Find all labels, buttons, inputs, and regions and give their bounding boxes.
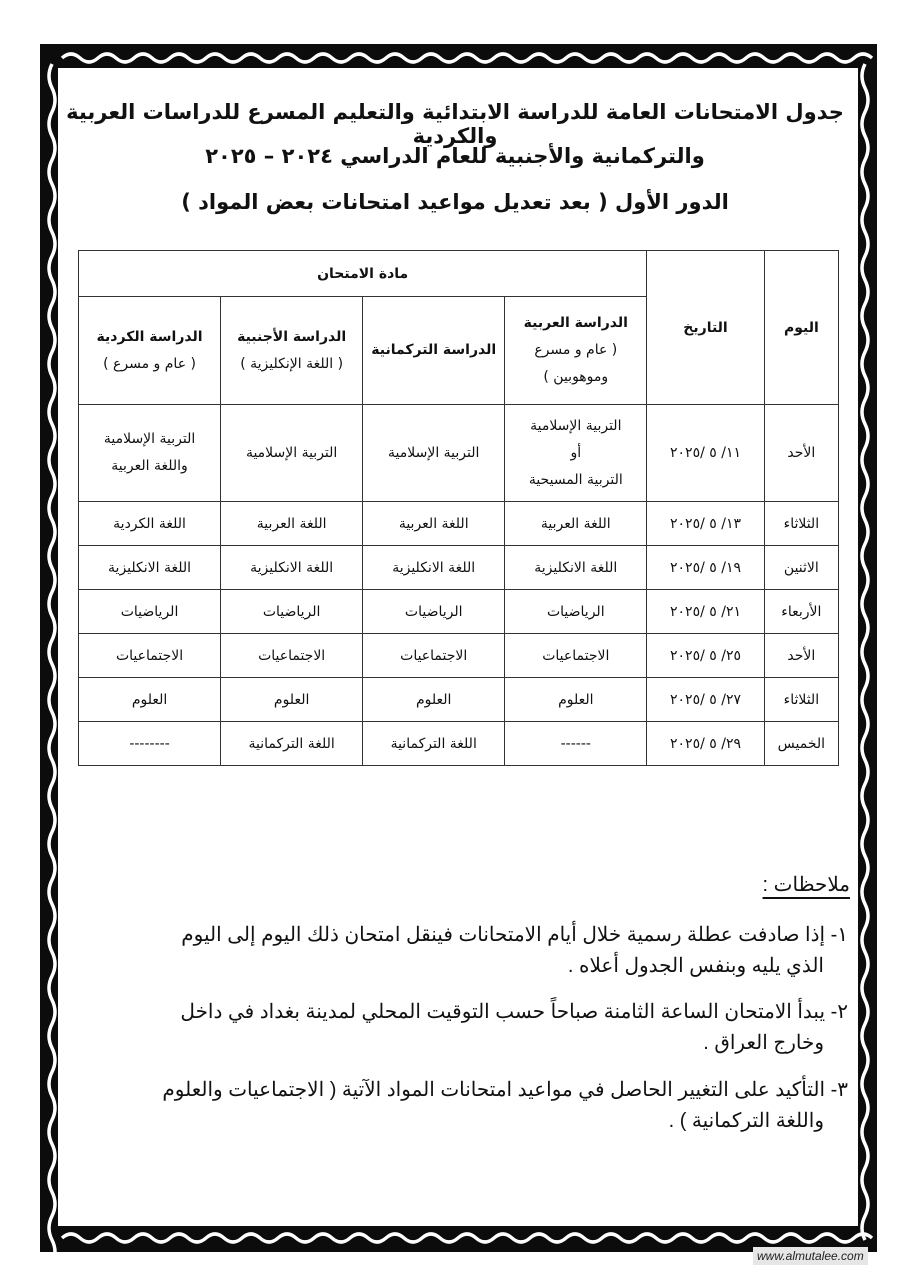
title-line-3: الدور الأول ( بعد تعديل مواعيد امتحانات … — [60, 190, 850, 214]
cell-turkmen: الاجتماعيات — [363, 634, 505, 678]
header-turkmen: الدراسة التركمانية — [363, 297, 505, 405]
cell-turkmen: اللغة العربية — [363, 502, 505, 546]
cell-foreign: الرياضيات — [221, 590, 363, 634]
cell-day: الاثنين — [764, 546, 838, 590]
cell-turkmen: اللغة التركمانية — [363, 722, 505, 766]
cell-day: الأحد — [764, 405, 838, 502]
cell-kurdish: الاجتماعيات — [79, 634, 221, 678]
exam-schedule-table: اليوم التاريخ مادة الامتحان الدراسة العر… — [78, 250, 839, 766]
note-line: ٣- التأكيد على التغيير الحاصل في مواعيد … — [162, 1079, 848, 1101]
cell-foreign: اللغة التركمانية — [221, 722, 363, 766]
cell-date: ٢٩/ ٥ /٢٠٢٥ — [647, 722, 764, 766]
note-line: واللغة التركمانية ) . — [148, 1106, 848, 1137]
cell-arabic: التربية الإسلامية أو التربية المسيحية — [505, 405, 647, 502]
note-item-3: ٣- التأكيد على التغيير الحاصل في مواعيد … — [148, 1075, 848, 1137]
note-line: وخارج العراق . — [158, 1028, 848, 1059]
cell-foreign: اللغة العربية — [221, 502, 363, 546]
title-line-1: جدول الامتحانات العامة للدراسة الابتدائي… — [60, 100, 850, 148]
cell-date: ١٣/ ٥ /٢٠٢٥ — [647, 502, 764, 546]
header-foreign: الدراسة الأجنبية ( اللغة الإنكليزية ) — [221, 297, 363, 405]
cell-foreign: التربية الإسلامية — [221, 405, 363, 502]
cell-line: واللغة العربية — [83, 453, 216, 480]
header-kurdish-sub1: ( عام و مسرع ) — [83, 351, 216, 378]
notes-heading: ملاحظات : — [763, 872, 850, 897]
table-row: الأربعاء ٢١/ ٥ /٢٠٢٥ الرياضيات الرياضيات… — [79, 590, 839, 634]
table-row: الخميس ٢٩/ ٥ /٢٠٢٥ ------ اللغة التركمان… — [79, 722, 839, 766]
cell-day: الأربعاء — [764, 590, 838, 634]
cell-date: ١١/ ٥ /٢٠٢٥ — [647, 405, 764, 502]
cell-foreign: العلوم — [221, 678, 363, 722]
cell-turkmen: العلوم — [363, 678, 505, 722]
cell-turkmen: اللغة الانكليزية — [363, 546, 505, 590]
cell-kurdish: اللغة الانكليزية — [79, 546, 221, 590]
header-arabic-sub1: ( عام و مسرع — [509, 337, 642, 364]
header-turkmen-label: الدراسة التركمانية — [367, 337, 500, 364]
header-foreign-label: الدراسة الأجنبية — [225, 324, 358, 351]
cell-kurdish: الرياضيات — [79, 590, 221, 634]
table-row: الأحد ٢٥/ ٥ /٢٠٢٥ الاجتماعيات الاجتماعيا… — [79, 634, 839, 678]
header-arabic-label: الدراسة العربية — [509, 310, 642, 337]
cell-line: التربية المسيحية — [509, 467, 642, 494]
note-item-1: ١- إذا صادفت عطلة رسمية خلال أيام الامتح… — [138, 920, 848, 982]
header-day: اليوم — [764, 251, 838, 405]
note-item-2: ٢- يبدأ الامتحان الساعة الثامنة صباحاً ح… — [158, 997, 848, 1059]
title-line-2: والتركمانية والأجنبية للعام الدراسي ٢٠٢٤… — [60, 144, 850, 168]
cell-arabic: العلوم — [505, 678, 647, 722]
cell-date: ٢٧/ ٥ /٢٠٢٥ — [647, 678, 764, 722]
header-foreign-sub1: ( اللغة الإنكليزية ) — [225, 351, 358, 378]
cell-turkmen: التربية الإسلامية — [363, 405, 505, 502]
cell-day: الثلاثاء — [764, 678, 838, 722]
header-date: التاريخ — [647, 251, 764, 405]
note-line: ١- إذا صادفت عطلة رسمية خلال أيام الامتح… — [181, 924, 848, 946]
header-kurdish: الدراسة الكردية ( عام و مسرع ) — [79, 297, 221, 405]
watermark-link[interactable]: www.almutalee.com — [753, 1247, 868, 1265]
cell-day: الأحد — [764, 634, 838, 678]
cell-foreign: اللغة الانكليزية — [221, 546, 363, 590]
cell-day: الثلاثاء — [764, 502, 838, 546]
table-row: الثلاثاء ٢٧/ ٥ /٢٠٢٥ العلوم العلوم العلو… — [79, 678, 839, 722]
cell-date: ١٩/ ٥ /٢٠٢٥ — [647, 546, 764, 590]
cell-foreign: الاجتماعيات — [221, 634, 363, 678]
cell-kurdish: -------- — [79, 722, 221, 766]
cell-arabic: اللغة العربية — [505, 502, 647, 546]
cell-arabic: الرياضيات — [505, 590, 647, 634]
header-subject-group: مادة الامتحان — [79, 251, 647, 297]
cell-kurdish: اللغة الكردية — [79, 502, 221, 546]
header-kurdish-label: الدراسة الكردية — [83, 324, 216, 351]
cell-line: التربية الإسلامية — [509, 413, 642, 440]
note-line: الذي يليه وبنفس الجدول أعلاه . — [138, 951, 848, 982]
cell-line: التربية الإسلامية — [83, 426, 216, 453]
cell-arabic: ------ — [505, 722, 647, 766]
table-row: الثلاثاء ١٣/ ٥ /٢٠٢٥ اللغة العربية اللغة… — [79, 502, 839, 546]
cell-kurdish: العلوم — [79, 678, 221, 722]
cell-arabic: اللغة الانكليزية — [505, 546, 647, 590]
note-line: ٢- يبدأ الامتحان الساعة الثامنة صباحاً ح… — [180, 1001, 848, 1023]
cell-turkmen: الرياضيات — [363, 590, 505, 634]
header-arabic: الدراسة العربية ( عام و مسرع وموهوبين ) — [505, 297, 647, 405]
cell-line: أو — [509, 440, 642, 467]
cell-arabic: الاجتماعيات — [505, 634, 647, 678]
cell-date: ٢٥/ ٥ /٢٠٢٥ — [647, 634, 764, 678]
header-arabic-sub2: وموهوبين ) — [509, 364, 642, 391]
cell-kurdish: التربية الإسلامية واللغة العربية — [79, 405, 221, 502]
table-row: الاثنين ١٩/ ٥ /٢٠٢٥ اللغة الانكليزية الل… — [79, 546, 839, 590]
table-row: الأحد ١١/ ٥ /٢٠٢٥ التربية الإسلامية أو ا… — [79, 405, 839, 502]
cell-day: الخميس — [764, 722, 838, 766]
cell-date: ٢١/ ٥ /٢٠٢٥ — [647, 590, 764, 634]
